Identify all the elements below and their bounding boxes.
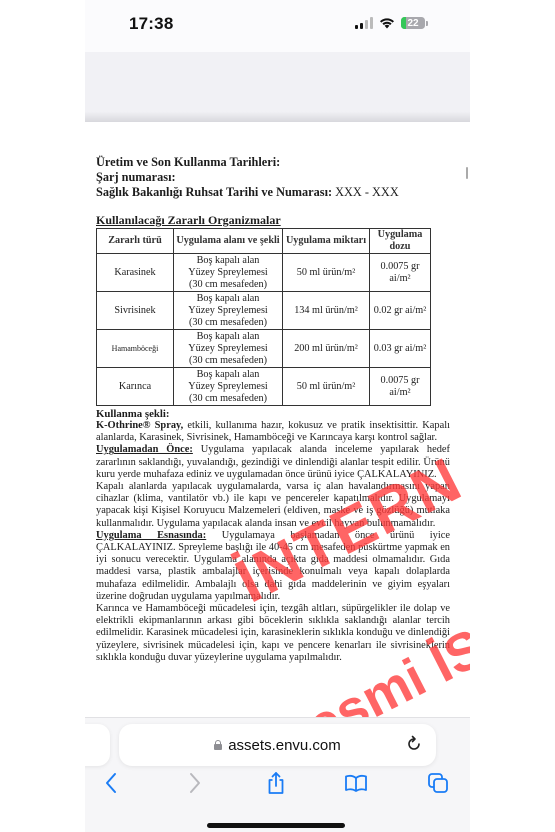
previous-tab-preview[interactable]	[85, 724, 110, 766]
table-row: KarasinekBoş kapalı alanYüzey Spreylemes…	[97, 254, 431, 292]
cell-dose: 0.02 gr ai/m²	[370, 292, 431, 330]
tabs-icon	[427, 772, 449, 794]
safari-bottom-bar: assets.envu.com	[85, 717, 470, 832]
cell-pest: Hamamböceği	[97, 330, 174, 368]
col-header-dose: Uygulama dozu	[370, 229, 431, 254]
scroll-indicator[interactable]	[466, 167, 468, 179]
phone-screen: 17:38 22 Üretim ve Son Kullanma Tarihler…	[85, 0, 470, 832]
cell-amount: 50 ml ürün/m²	[283, 368, 370, 406]
forward-button[interactable]	[182, 770, 208, 796]
cell-dose: 0.0075 gr ai/m²	[370, 254, 431, 292]
col-header-amount: Uygulama miktarı	[283, 229, 370, 254]
header-license: Sağlık Bakanlığı Ruhsat Tarihi ve Numara…	[96, 185, 450, 200]
pest-control-paragraph: Karınca ve Hamamböceği mücadelesi için, …	[96, 603, 450, 664]
status-time: 17:38	[129, 14, 173, 34]
pest-table: Zararlı türü Uygulama alanı ve şekli Uyg…	[96, 228, 431, 406]
before-application-paragraph: Uygulamadan Önce: Uygulama yapılacak ala…	[96, 444, 450, 481]
document-viewer-top	[85, 52, 470, 122]
battery-percent: 22	[407, 18, 418, 29]
cell-method: Boş kapalı alanYüzey Spreylemesi(30 cm m…	[174, 254, 283, 292]
home-indicator[interactable]	[207, 823, 345, 828]
table-header-row: Zararlı türü Uygulama alanı ve şekli Uyg…	[97, 229, 431, 254]
col-header-pest: Zararlı türü	[97, 229, 174, 254]
url-text: assets.envu.com	[228, 737, 341, 754]
reload-icon[interactable]	[404, 734, 424, 754]
wifi-icon	[379, 17, 395, 29]
cell-amount: 50 ml ürün/m²	[283, 254, 370, 292]
cell-amount: 134 ml ürün/m²	[283, 292, 370, 330]
tabs-button[interactable]	[425, 770, 451, 796]
usage-paragraph: K-Othrine® Spray, etkili, kullanıma hazı…	[96, 420, 450, 444]
closed-area-paragraph: Kapalı alanlarda yapılacak uygulamalarda…	[96, 481, 450, 530]
book-icon	[344, 773, 368, 793]
battery-icon: 22	[401, 17, 425, 29]
status-icons: 22	[355, 17, 428, 29]
share-button[interactable]	[263, 770, 289, 796]
chevron-left-icon	[104, 772, 118, 794]
battery-indicator: 22	[401, 17, 428, 29]
cell-method: Boş kapalı alanYüzey Spreylemesi(30 cm m…	[174, 292, 283, 330]
table-row: KarıncaBoş kapalı alanYüzey Spreylemesi(…	[97, 368, 431, 406]
pdf-document-page[interactable]: Üretim ve Son Kullanma Tarihleri: Şarj n…	[85, 122, 470, 717]
table-row: SivrisinekBoş kapalı alanYüzey Spreyleme…	[97, 292, 431, 330]
address-bar[interactable]: assets.envu.com	[119, 724, 436, 766]
share-icon	[266, 771, 286, 795]
header-batch-number: Şarj numarası:	[96, 170, 450, 185]
col-header-method: Uygulama alanı ve şekli	[174, 229, 283, 254]
bookmarks-button[interactable]	[343, 770, 369, 796]
cell-pest: Karasinek	[97, 254, 174, 292]
cellular-signal-icon	[355, 17, 373, 29]
during-application-paragraph: Uygulama Esnasında: Uygulamaya başlamada…	[96, 530, 450, 603]
cell-dose: 0.03 gr ai/m²	[370, 330, 431, 368]
table-row: HamamböceğiBoş kapalı alanYüzey Spreylem…	[97, 330, 431, 368]
lock-icon	[214, 740, 222, 750]
status-bar: 17:38 22	[85, 0, 470, 52]
header-production-dates: Üretim ve Son Kullanma Tarihleri:	[96, 155, 450, 170]
cell-dose: 0.0075 gr ai/m²	[370, 368, 431, 406]
cell-pest: Sivrisinek	[97, 292, 174, 330]
back-button[interactable]	[98, 770, 124, 796]
cell-amount: 200 ml ürün/m²	[283, 330, 370, 368]
browser-toolbar	[85, 768, 470, 798]
cell-method: Boş kapalı alanYüzey Spreylemesi(30 cm m…	[174, 368, 283, 406]
cell-method: Boş kapalı alanYüzey Spreylemesi(30 cm m…	[174, 330, 283, 368]
table-title: Kullanılacağı Zararlı Organizmalar	[96, 214, 450, 227]
usage-title: Kullanma şekli:	[96, 408, 450, 420]
cell-pest: Karınca	[97, 368, 174, 406]
chevron-right-icon	[188, 772, 202, 794]
